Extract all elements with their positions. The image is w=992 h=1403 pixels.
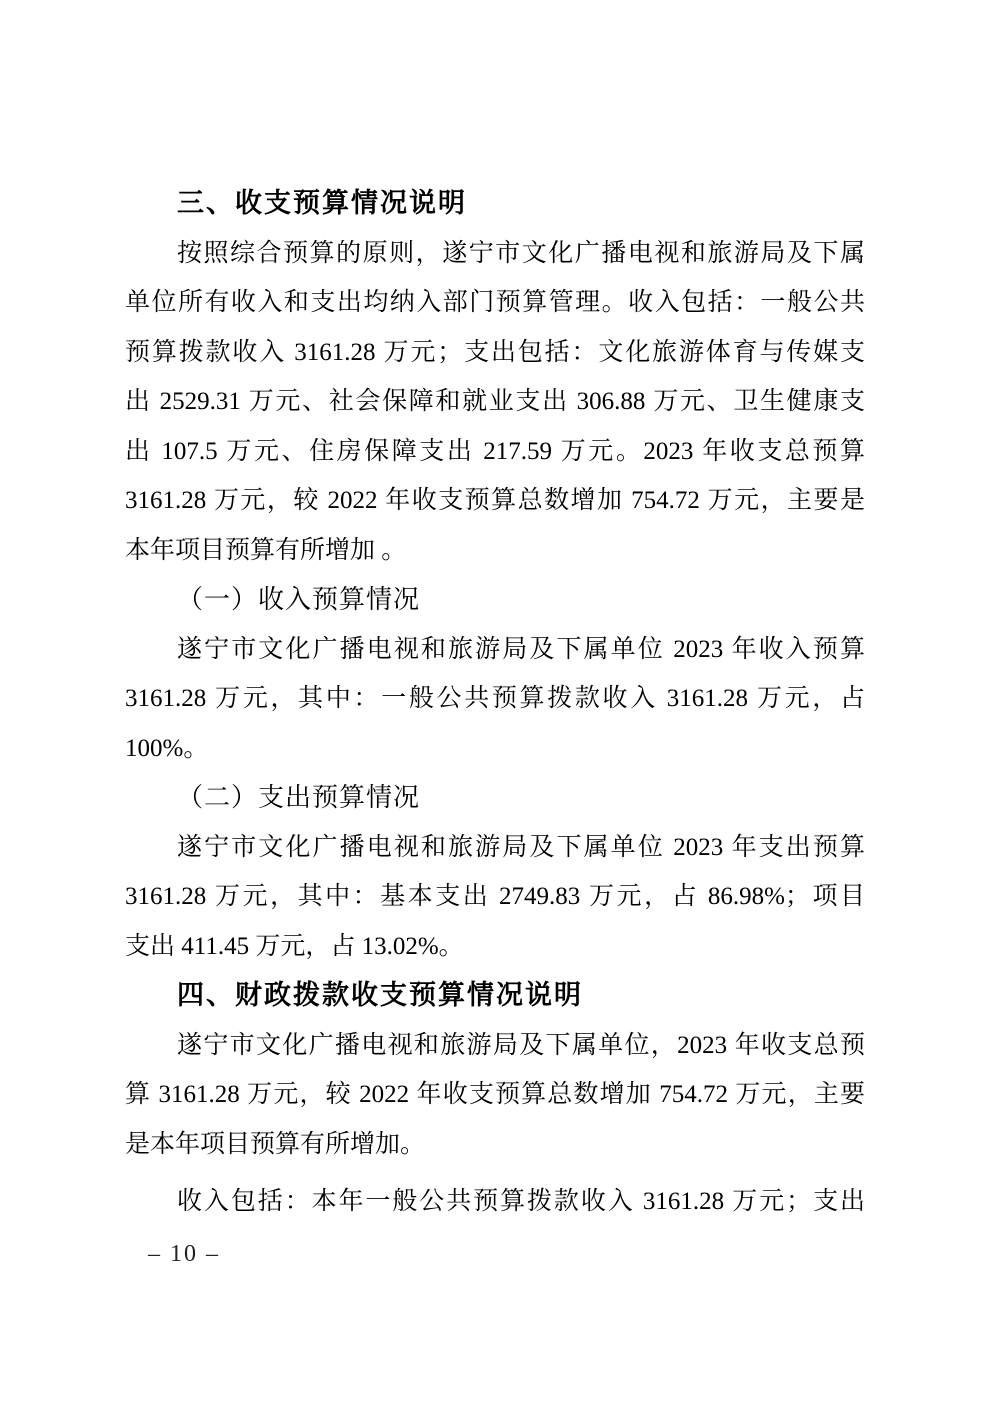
paragraph-line: 收入包括：本年一般公共预算拨款收入 3161.28 万元；支出 (125, 1177, 865, 1227)
heading-subsection-1: （一）收入预算情况 (125, 575, 865, 625)
document-body: 三、收支预算情况说明 按照综合预算的原则，遂宁市文化广播电视和旅游局及下属 单位… (125, 179, 865, 1227)
paragraph-line: 100%。 (125, 724, 865, 774)
paragraph-line: 支出 411.45 万元，占 13.02%。 (125, 922, 865, 972)
paragraph-line: 3161.28 万元，其中：一般公共预算拨款收入 3161.28 万元，占 (125, 674, 865, 724)
paragraph-line: 算 3161.28 万元，较 2022 年收支预算总数增加 754.72 万元，… (125, 1070, 865, 1120)
paragraph-line: 是本年项目预算有所增加。 (125, 1120, 865, 1170)
heading-subsection-2: （二）支出预算情况 (125, 773, 865, 823)
paragraph-line: 预算拨款收入 3161.28 万元；支出包括：文化旅游体育与传媒支 (125, 328, 865, 378)
paragraph-line: 单位所有收入和支出均纳入部门预算管理。收入包括：一般公共 (125, 278, 865, 328)
paragraph-line: 遂宁市文化广播电视和旅游局及下属单位，2023 年收支总预 (125, 1021, 865, 1071)
paragraph-line: 按照综合预算的原则，遂宁市文化广播电视和旅游局及下属 (125, 229, 865, 279)
heading-section-3: 三、收支预算情况说明 (125, 179, 865, 229)
heading-section-4: 四、财政拨款收支预算情况说明 (125, 971, 865, 1021)
document-page: 三、收支预算情况说明 按照综合预算的原则，遂宁市文化广播电视和旅游局及下属 单位… (0, 0, 992, 1403)
paragraph-line: 遂宁市文化广播电视和旅游局及下属单位 2023 年收入预算 (125, 625, 865, 675)
paragraph-line: 遂宁市文化广播电视和旅游局及下属单位 2023 年支出预算 (125, 823, 865, 873)
paragraph-line: 3161.28 万元，其中：基本支出 2749.83 万元，占 86.98%；项… (125, 872, 865, 922)
page-number: – 10 – (148, 1236, 220, 1272)
paragraph-line: 出 2529.31 万元、社会保障和就业支出 306.88 万元、卫生健康支 (125, 377, 865, 427)
paragraph-line: 3161.28 万元，较 2022 年收支预算总数增加 754.72 万元，主要… (125, 476, 865, 526)
paragraph-line: 出 107.5 万元、住房保障支出 217.59 万元。2023 年收支总预算 (125, 427, 865, 477)
paragraph-line: 本年项目预算有所增加 。 (125, 526, 865, 576)
